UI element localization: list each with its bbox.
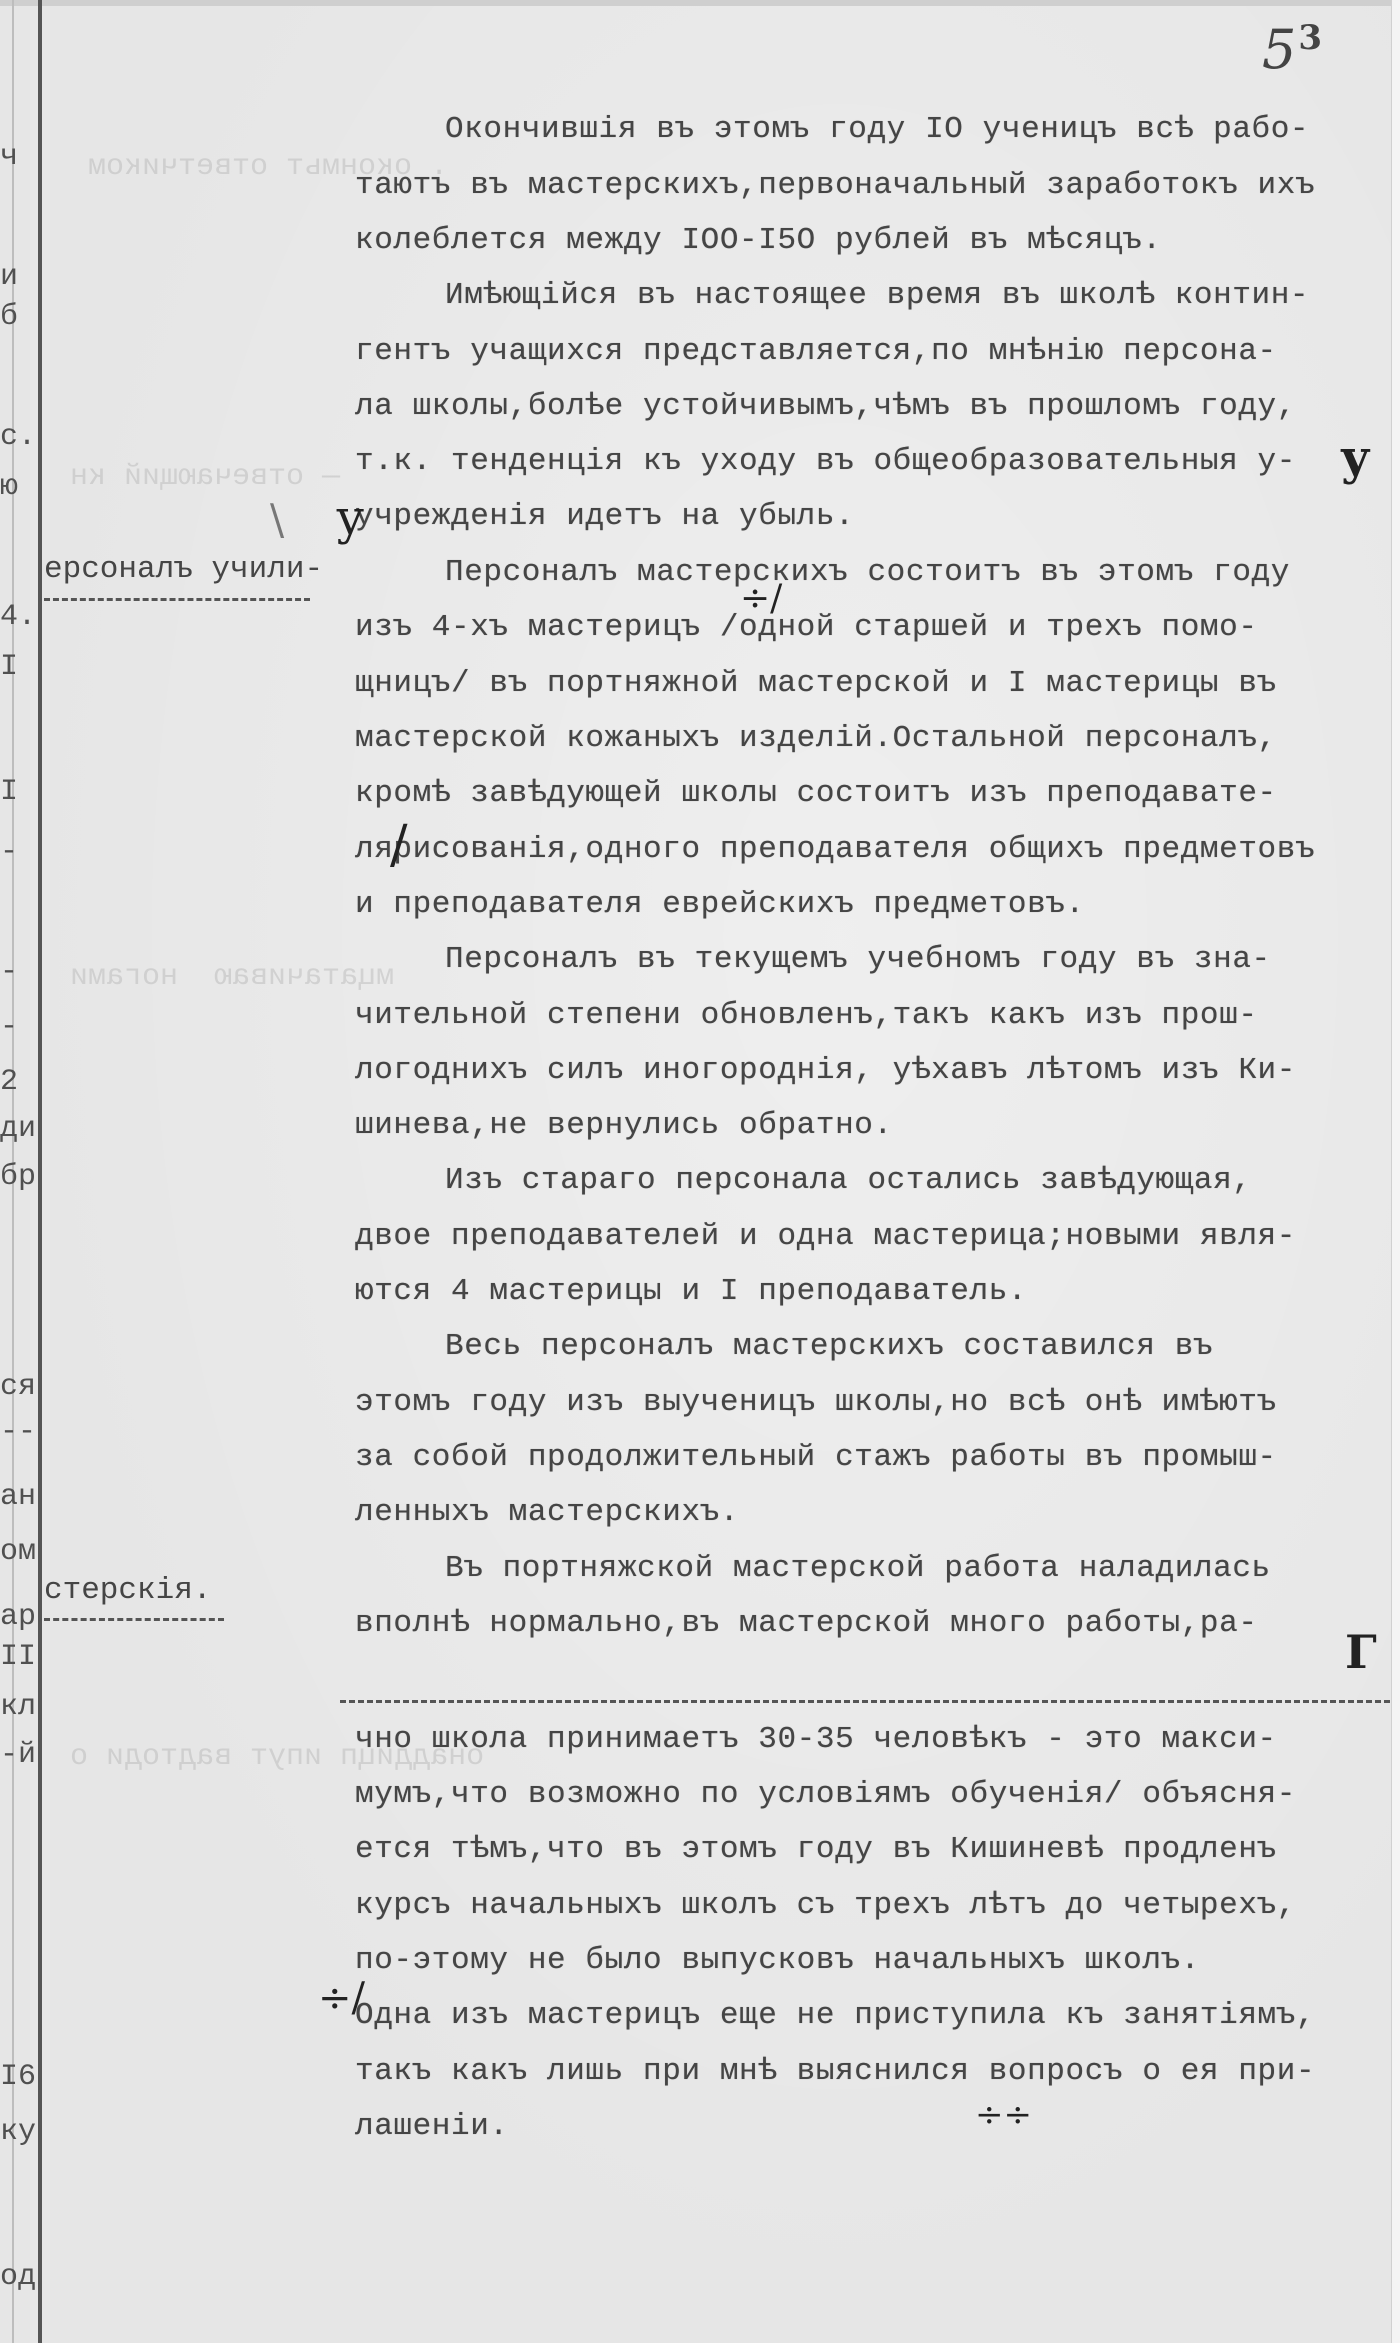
text-line: ла школы,болѣе устойчивымъ,чѣмъ въ прошл… <box>355 389 1296 424</box>
margin-fragment: од <box>0 2260 36 2294</box>
text-line: ются 4 мастерицы и I преподаватель. <box>355 1274 1027 1309</box>
text-line: мастерской кожаныхъ изделiй.Остальной пе… <box>355 721 1277 756</box>
handwritten-mark: ÷/ <box>318 1975 365 2021</box>
handwritten-mark: / <box>390 815 408 875</box>
page-top-edge <box>0 0 1400 6</box>
text-line: шинева,не вернулись обратно. <box>355 1108 893 1143</box>
text-line: Имѣющiйся въ настоящее время въ школѣ ко… <box>445 278 1309 313</box>
margin-fragment: I <box>0 775 18 809</box>
text-line: Персоналъ мастерскихъ состоитъ въ этомъ … <box>445 555 1290 590</box>
scanned-document-page: 53 . оконмьт ответчиком — отвечающий кн … <box>0 0 1400 2343</box>
text-line: двое преподавателей и одна мастерица;нов… <box>355 1219 1296 1254</box>
text-line: Весь персоналъ мастерскихъ составился въ <box>445 1329 1213 1364</box>
margin-fragment: ку <box>0 2115 36 2149</box>
text-line: такъ какъ лишь при мнѣ выяснился вопросъ… <box>355 2054 1315 2089</box>
text-line: Въ портняжской мастерской работа наладил… <box>445 1551 1271 1586</box>
margin-fragment: ся <box>0 1370 36 1404</box>
handwritten-mark: \ <box>270 495 284 544</box>
text-line: логоднихъ силъ иногороднiя, уѣхавъ лѣтом… <box>355 1053 1296 1088</box>
margin-fragment: I6 <box>0 2060 36 2094</box>
margin-fragment: - <box>0 835 18 869</box>
bleed-through-text: мцатачиваю ногами <box>70 960 394 994</box>
margin-fragment: ан <box>0 1480 36 1514</box>
handwritten-mark: Г <box>1345 1625 1377 1679</box>
margin-fragment: - <box>0 1010 18 1044</box>
text-line: Окончившiя въ этомъ году IO ученицъ всѣ … <box>445 112 1309 147</box>
handwritten-mark: у <box>1340 430 1371 486</box>
text-line: лярисованiя,одного преподавателя общихъ … <box>355 832 1315 867</box>
text-line: щницъ/ въ портняжной мастерской и I маст… <box>355 666 1277 701</box>
margin-fragment: ди <box>0 1112 36 1146</box>
margin-heading-personnel: ерсоналъ учили- <box>44 552 323 587</box>
text-line: Изъ стараго персонала остались завѣдующа… <box>445 1163 1252 1198</box>
margin-fragment: II <box>0 1640 36 1674</box>
margin-heading-underline <box>44 1618 224 1621</box>
margin-heading-underline <box>44 598 310 601</box>
text-line: чительной степени обновленъ,такъ какъ из… <box>355 998 1258 1033</box>
text-line: кромѣ завѣдующей школы состоитъ изъ преп… <box>355 776 1277 811</box>
text-line: ется тѣмъ,что въ этомъ году въ Кишиневѣ … <box>355 1832 1277 1867</box>
text-line: по-этому не было выпусковъ начальныхъ шк… <box>355 1943 1200 1978</box>
text-line: Одна изъ мастерицъ еще не приступила къ … <box>355 1998 1315 2033</box>
text-line: Персоналъ въ текущемъ учебномъ году въ з… <box>445 942 1271 977</box>
text-line: чно школа принимаетъ 30-35 человѣкъ - эт… <box>355 1722 1277 1757</box>
text-line: и преподавателя еврейскихъ предметовъ. <box>355 887 1085 922</box>
text-line: вполнѣ нормально,въ мастерской много раб… <box>355 1606 1258 1641</box>
page-number: 53 <box>1262 18 1324 81</box>
margin-fragment: кл <box>0 1690 36 1724</box>
margin-fragment: 4. <box>0 600 36 634</box>
margin-fragment: с. <box>0 420 36 454</box>
page-number-suffix: 3 <box>1298 18 1324 58</box>
section-separator <box>340 1700 1390 1703</box>
handwritten-mark: ÷÷ <box>975 2095 1032 2135</box>
text-line: этомъ году изъ выученицъ школы,но всѣ он… <box>355 1385 1277 1420</box>
text-line: т.к. тенденцiя къ уходу въ общеобразоват… <box>355 444 1296 479</box>
text-line: лашенiи. <box>355 2109 509 2144</box>
margin-fragment: ар <box>0 1600 36 1634</box>
page-number-main: 5 <box>1262 18 1298 81</box>
text-line: изъ 4-хъ мастерицъ /одной старшей и трех… <box>355 610 1258 645</box>
margin-fragment: I <box>0 650 18 684</box>
text-line: таютъ въ мастерскихъ,первоначальный зара… <box>355 168 1315 203</box>
margin-fragment: и <box>0 260 18 294</box>
margin-fragment: б <box>0 300 18 334</box>
margin-fragment: - <box>0 955 18 989</box>
text-line: ленныхъ мастерскихъ. <box>355 1495 739 1530</box>
text-line: мумъ,что возможно по условiямъ обученiя/… <box>355 1777 1296 1812</box>
margin-fragment: ю <box>0 470 18 504</box>
handwritten-mark: ÷/ <box>740 578 782 619</box>
margin-heading-workshops: стерскiя. <box>44 1573 211 1608</box>
text-line: колеблется между IOO-I5O рублей въ мѣсяц… <box>355 223 1162 258</box>
text-line: курсъ начальныхъ школъ съ трехъ лѣтъ до … <box>355 1888 1296 1923</box>
text-line: гентъ учащихся представляется,по мнѣнiю … <box>355 334 1277 369</box>
bleed-through-text: — отвечающий кн <box>70 460 340 494</box>
margin-fragment: ч <box>0 140 18 174</box>
text-line: учрежденiя идетъ на убыль. <box>355 499 854 534</box>
margin-fragment: -й <box>0 1738 36 1772</box>
margin-fragment: бр <box>0 1160 36 1194</box>
page-right-edge <box>1391 0 1400 2343</box>
margin-rule <box>38 0 42 2343</box>
handwritten-mark: у <box>336 490 364 546</box>
margin-fragment: 2 <box>0 1065 18 1099</box>
margin-fragment: -- <box>0 1415 36 1449</box>
margin-fragment: ом <box>0 1535 36 1569</box>
text-line: за собой продолжительный стажъ работы въ… <box>355 1440 1277 1475</box>
